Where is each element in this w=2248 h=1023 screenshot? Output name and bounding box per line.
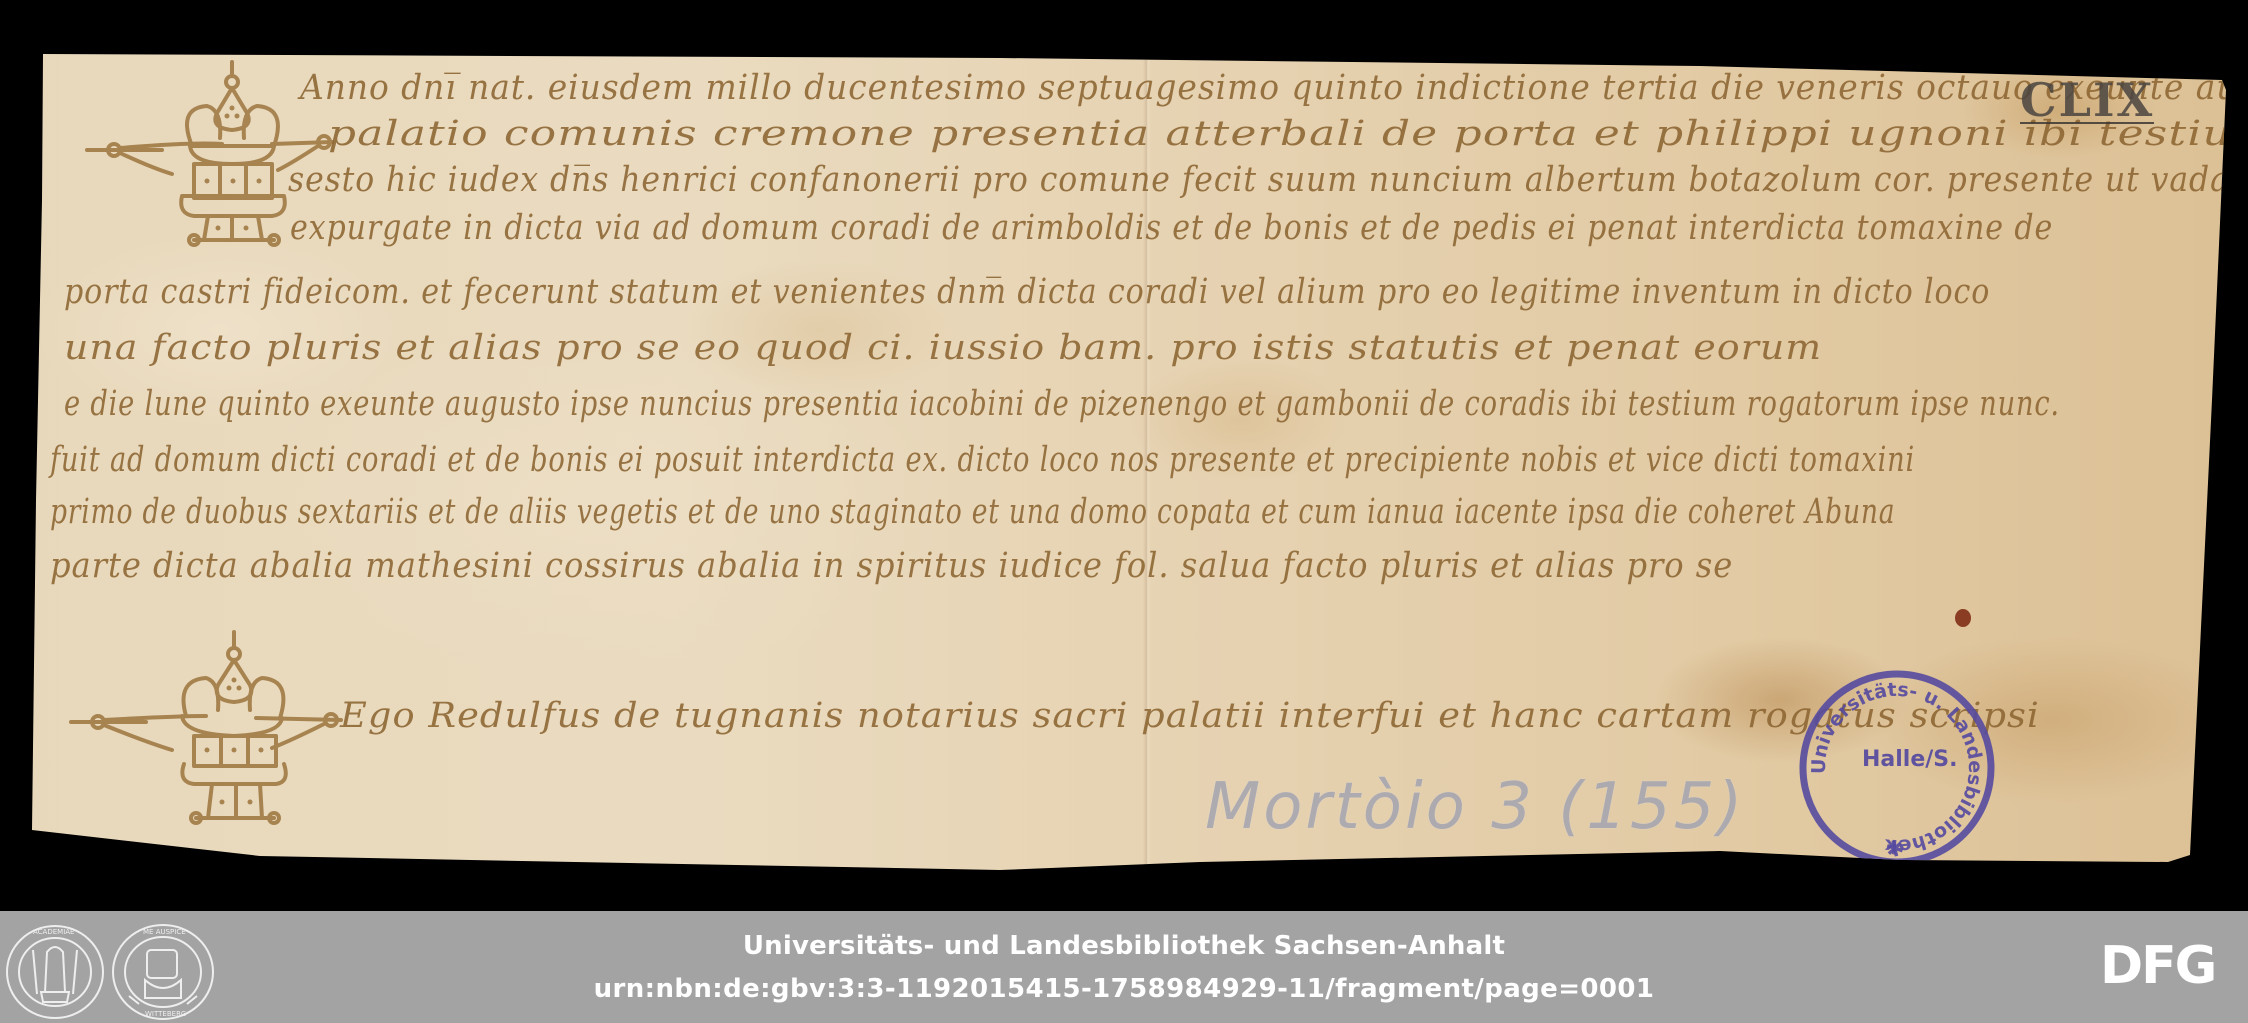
urn-identifier[interactable]: urn:nbn:de:gbv:3:3-1192015415-1758984929… <box>0 974 2248 1004</box>
manuscript-line-4: expurgate in dicta via ad domum coradi d… <box>290 208 2053 248</box>
pencil-shelfmark: Mortòio 3 (155) <box>1205 770 1745 844</box>
footer-bar: ACADEMIAE ME AUSPICE WITTEBERG Universit… <box>0 911 2248 1023</box>
svg-text:WITTEBERG: WITTEBERG <box>145 1010 186 1018</box>
manuscript-line-6: una facto pluris et alias pro se eo quod… <box>64 328 1822 368</box>
institution-name: Universitäts- und Landesbibliothek Sachs… <box>0 931 2248 961</box>
shelfmark-roman-numeral: CLIX <box>2020 78 2154 124</box>
manuscript-line-1: Anno dni̅ nat. eiusdem millo ducentesimo… <box>300 68 2248 108</box>
ink-dot <box>1955 609 1971 627</box>
dfg-logo: DFG <box>2100 942 2215 990</box>
manuscript-line-10: parte dicta abalia mathesini cossirus ab… <box>50 546 1733 586</box>
manuscript-line-5: porta castri fideicom. et fecerunt statu… <box>64 272 1990 312</box>
manuscript-line-7: e die lune quinto exeunte augusto ipse n… <box>64 384 2060 424</box>
stamp-center-text: Halle/S. <box>1862 747 1958 772</box>
manuscript-line-3: sesto hic iudex dn̅s henrici confanoneri… <box>288 160 2243 200</box>
manuscript-line-9: primo de duobus sextariis et de aliis ve… <box>50 492 1895 532</box>
manuscript-line-8: fuit ad domum dicti coradi et de bonis e… <box>50 440 1915 480</box>
notary-signum-lower-icon <box>66 630 346 830</box>
image-viewer[interactable]: Anno dni̅ nat. eiusdem millo ducentesimo… <box>0 0 2248 911</box>
parchment-sheet: Anno dni̅ nat. eiusdem millo ducentesimo… <box>0 0 2248 911</box>
manuscript-line-2: palatio comunis cremone presentia atterb… <box>328 114 2248 154</box>
